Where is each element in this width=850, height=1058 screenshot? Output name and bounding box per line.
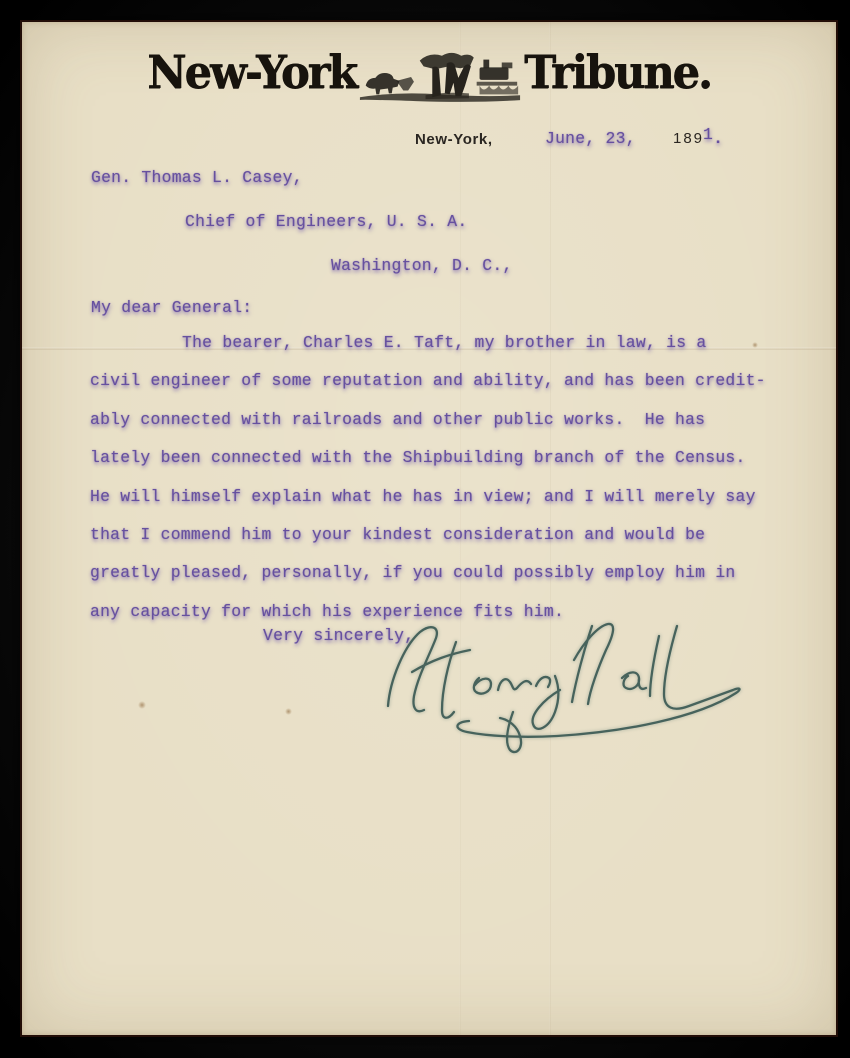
dateline-year: 1891.: [673, 129, 723, 148]
body-line: ably connected with railroads and other …: [90, 401, 790, 439]
dateline: New-York, June, 23, 1891.: [22, 127, 836, 151]
recipient-line-1: Gen. Thomas L. Casey,: [91, 168, 303, 187]
letter-paper: New-York Tribune.: [22, 22, 836, 1035]
engraving-vignette-icon: [358, 47, 522, 105]
letter-body: The bearer, Charles E. Taft, my brother …: [90, 324, 790, 631]
body-line: He will himself explain what he has in v…: [90, 478, 790, 516]
masthead: New-York Tribune.: [22, 40, 836, 106]
masthead-title-left: New-York: [147, 47, 356, 100]
masthead-title-right: Tribune.: [524, 47, 711, 100]
recipient-line-2: Chief of Engineers, U. S. A.: [185, 212, 467, 231]
salutation: My dear General:: [91, 298, 252, 317]
year-typed-digit: 1: [703, 125, 713, 144]
dateline-date-typed: June, 23,: [545, 129, 636, 148]
body-line: any capacity for which his experience fi…: [90, 593, 790, 631]
recipient-line-3: Washington, D. C.,: [331, 256, 513, 275]
foxing-spot: [285, 708, 292, 715]
body-line: The bearer, Charles E. Taft, my brother …: [90, 324, 790, 362]
signature-henry-hall: [378, 614, 762, 774]
body-line: lately been connected with the Shipbuild…: [90, 439, 790, 477]
year-printed-digits: 189: [673, 130, 704, 147]
foxing-spot: [138, 701, 146, 709]
body-line: civil engineer of some reputation and ab…: [90, 362, 790, 400]
closing: Very sincerely,: [263, 626, 414, 645]
dateline-place-printed: New-York,: [415, 131, 493, 148]
scan-background: New-York Tribune.: [0, 0, 850, 1058]
body-line: greatly pleased, personally, if you coul…: [90, 554, 790, 592]
year-period: .: [713, 129, 723, 148]
body-line: that I commend him to your kindest consi…: [90, 516, 790, 554]
